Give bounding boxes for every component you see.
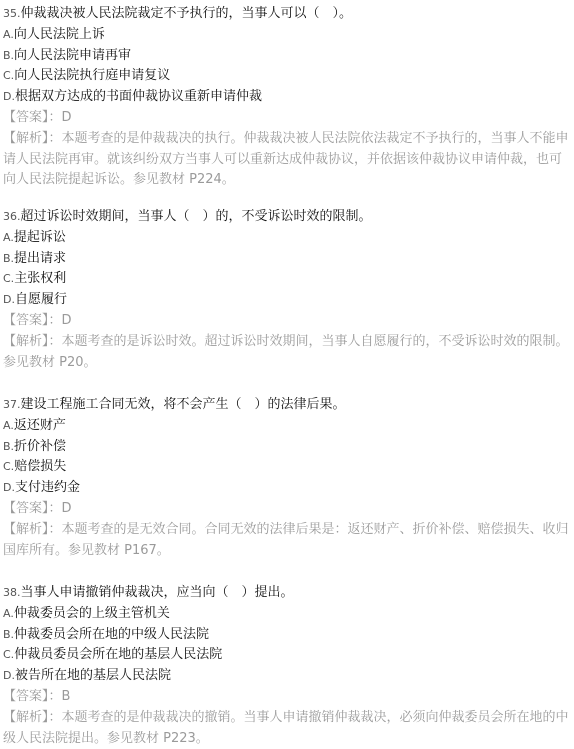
option-text: 主张权利 [14, 271, 66, 286]
explanation-text: 本题考查的是诉讼时效。超过诉讼时效期间，当事人自愿履行的，不受诉讼时效的限制。参… [3, 334, 569, 370]
option-text: 赔偿损失 [14, 459, 66, 474]
option-letter: C. [3, 648, 14, 661]
answer-label: 【答案】： [3, 501, 62, 516]
option-a: A.向人民法院上诉 [3, 25, 571, 46]
explanation-label: 【解析】： [3, 710, 62, 725]
option-letter: A. [3, 231, 14, 244]
question-number: 35. [3, 7, 21, 20]
option-text: 根据双方达成的书面仲裁协议重新申请仲裁 [15, 89, 262, 104]
question-number: 37. [3, 398, 21, 411]
explanation: 【解析】：本题考查的是仲裁裁决的执行。仲裁裁决被人民法院依法裁定不予执行的，当事… [3, 129, 571, 191]
answer-label: 【答案】： [3, 110, 62, 125]
answer-line: 【答案】：D [3, 311, 571, 332]
option-d: D.自愿履行 [3, 290, 571, 311]
question-stem: 36.超过诉讼时效期间，当事人（ ）的，不受诉讼时效的限制。 [3, 207, 571, 228]
question-stem: 37.建设工程施工合同无效，将不会产生（ ）的法律后果。 [3, 395, 571, 416]
answer-line: 【答案】：D [3, 108, 571, 129]
option-text: 仲裁委员会的上级主管机关 [14, 606, 170, 621]
question-38: 38.当事人申请撤销仲裁裁决，应当向（ ）提出。 A.仲裁委员会的上级主管机关 … [3, 583, 571, 749]
option-letter: A. [3, 28, 14, 41]
option-text: 折价补偿 [14, 439, 66, 454]
option-text: 返还财产 [14, 418, 66, 433]
explanation-text: 本题考查的是无效合同。合同无效的法律后果是：返还财产、折价补偿、赔偿损失、收归国… [3, 522, 569, 558]
answer-value: B [62, 689, 71, 704]
option-letter: C. [3, 272, 14, 285]
option-letter: D. [3, 293, 15, 306]
option-letter: D. [3, 669, 15, 682]
question-text: 当事人申请撤销仲裁裁决，应当向（ ）提出。 [21, 585, 294, 600]
question-35: 35.仲裁裁决被人民法院裁定不予执行的，当事人可以（ ）。 A.向人民法院上诉 … [3, 4, 571, 191]
option-c: C.主张权利 [3, 269, 571, 290]
option-text: 向人民法院执行庭申请复议 [14, 68, 170, 83]
option-c: C.赔偿损失 [3, 457, 571, 478]
question-number: 36. [3, 210, 21, 223]
option-d: D.根据双方达成的书面仲裁协议重新申请仲裁 [3, 87, 571, 108]
answer-line: 【答案】：D [3, 499, 571, 520]
question-number: 38. [3, 586, 21, 599]
explanation-label: 【解析】： [3, 522, 62, 537]
option-c: C.向人民法院执行庭申请复议 [3, 66, 571, 87]
explanation-text: 本题考查的是仲裁裁决的撤销。当事人申请撤销仲裁裁决，必须向仲裁委员会所在地的中级… [3, 710, 569, 746]
option-text: 提出请求 [14, 251, 66, 266]
answer-value: D [62, 110, 72, 125]
explanation: 【解析】：本题考查的是诉讼时效。超过诉讼时效期间，当事人自愿履行的，不受诉讼时效… [3, 332, 571, 374]
option-a: A.返还财产 [3, 416, 571, 437]
option-letter: B. [3, 252, 14, 265]
option-c: C.仲裁员委员会所在地的基层人民法院 [3, 645, 571, 666]
answer-value: D [62, 501, 72, 516]
explanation-text: 本题考查的是仲裁裁决的执行。仲裁裁决被人民法院依法裁定不予执行的，当事人不能申请… [3, 131, 569, 188]
option-b: B.折价补偿 [3, 437, 571, 458]
option-text: 向人民法院上诉 [14, 27, 105, 42]
option-text: 向人民法院申请再审 [14, 48, 131, 63]
option-text: 仲裁委员会所在地的中级人民法院 [14, 627, 209, 642]
explanation: 【解析】：本题考查的是仲裁裁决的撤销。当事人申请撤销仲裁裁决，必须向仲裁委员会所… [3, 708, 571, 749]
option-letter: A. [3, 607, 14, 620]
option-b: B.仲裁委员会所在地的中级人民法院 [3, 625, 571, 646]
option-letter: B. [3, 440, 14, 453]
question-text: 建设工程施工合同无效，将不会产生（ ）的法律后果。 [21, 397, 346, 412]
question-text: 超过诉讼时效期间，当事人（ ）的，不受诉讼时效的限制。 [21, 209, 372, 224]
option-text: 仲裁员委员会所在地的基层人民法院 [14, 647, 222, 662]
option-text: 自愿履行 [15, 292, 67, 307]
answer-label: 【答案】： [3, 689, 62, 704]
option-letter: B. [3, 49, 14, 62]
question-37: 37.建设工程施工合同无效，将不会产生（ ）的法律后果。 A.返还财产 B.折价… [3, 395, 571, 561]
option-letter: C. [3, 460, 14, 473]
option-text: 提起诉讼 [14, 230, 66, 245]
question-stem: 38.当事人申请撤销仲裁裁决，应当向（ ）提出。 [3, 583, 571, 604]
answer-label: 【答案】： [3, 313, 62, 328]
option-letter: A. [3, 419, 14, 432]
option-d: D.被告所在地的基层人民法院 [3, 666, 571, 687]
option-a: A.提起诉讼 [3, 228, 571, 249]
option-letter: B. [3, 628, 14, 641]
option-a: A.仲裁委员会的上级主管机关 [3, 604, 571, 625]
option-letter: C. [3, 69, 14, 82]
option-text: 支付违约金 [15, 480, 80, 495]
option-letter: D. [3, 481, 15, 494]
explanation: 【解析】：本题考查的是无效合同。合同无效的法律后果是：返还财产、折价补偿、赔偿损… [3, 520, 571, 562]
option-text: 被告所在地的基层人民法院 [15, 668, 171, 683]
option-b: B.提出请求 [3, 249, 571, 270]
question-36: 36.超过诉讼时效期间，当事人（ ）的，不受诉讼时效的限制。 A.提起诉讼 B.… [3, 207, 571, 373]
answer-line: 【答案】：B [3, 687, 571, 708]
option-d: D.支付违约金 [3, 478, 571, 499]
answer-value: D [62, 313, 72, 328]
explanation-label: 【解析】： [3, 334, 62, 349]
question-text: 仲裁裁决被人民法院裁定不予执行的，当事人可以（ ）。 [21, 6, 353, 21]
option-b: B.向人民法院申请再审 [3, 46, 571, 67]
explanation-label: 【解析】： [3, 131, 62, 146]
option-letter: D. [3, 90, 15, 103]
question-stem: 35.仲裁裁决被人民法院裁定不予执行的，当事人可以（ ）。 [3, 4, 571, 25]
